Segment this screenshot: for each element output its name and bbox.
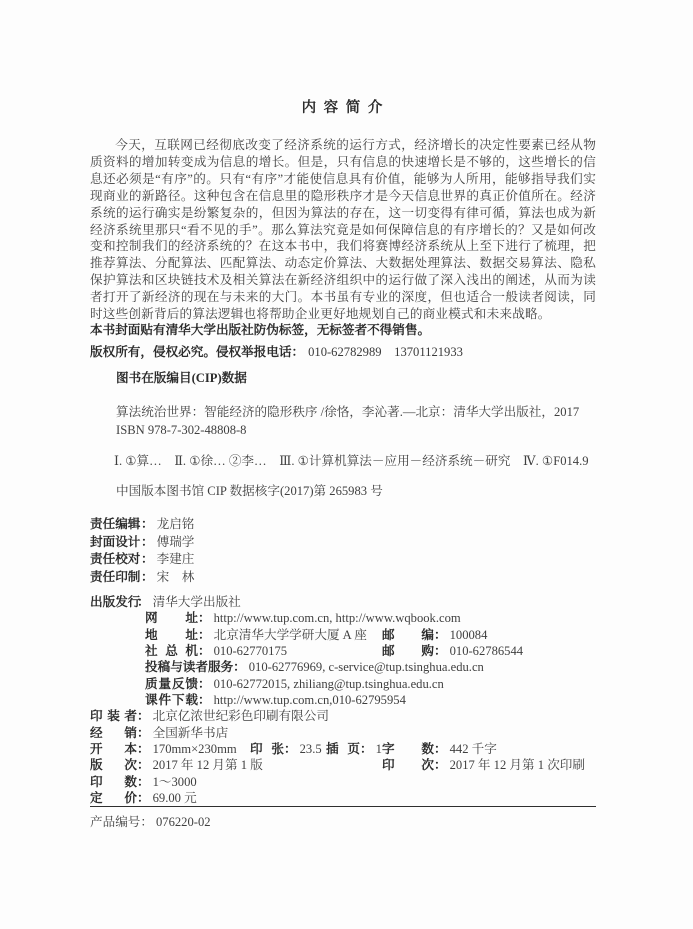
row-label: 网址: [145, 610, 198, 626]
row-right-col: 印次：2017 年 12 月第 1 次印刷: [382, 757, 585, 773]
product-code-value: 076220-02: [156, 815, 211, 829]
row-right-label: 邮编: [382, 627, 434, 643]
publishing-row-printer: 印装者：北京亿浓世纪彩色印刷有限公司: [90, 708, 596, 724]
colon: ：: [434, 628, 447, 642]
colon: ：: [137, 758, 150, 772]
row-label: 课件下载: [145, 692, 198, 708]
credit-row-cover-design: 封面设计：傅瑞学: [90, 534, 596, 552]
publishing-row-edition: 版次：2017 年 12 月第 1 版印次：2017 年 12 月第 1 次印刷: [90, 757, 596, 773]
colon: ：: [141, 570, 154, 584]
colon: ：: [141, 552, 154, 566]
row-value: 010-62776969, c-service@tup.tsinghua.edu…: [249, 660, 484, 674]
colon: ：: [198, 611, 211, 625]
row-right-value: 2017 年 12 月第 1 次印刷: [450, 758, 585, 772]
divider-rule: [90, 806, 596, 807]
colon: ：: [141, 517, 154, 531]
credits-list: 责任编辑：龙启铭 封面设计：傅瑞学 责任校对：李建庄 责任印制：宋 林: [90, 516, 596, 586]
credit-label: 责任印制: [90, 569, 141, 587]
page-title: 内 容 简 介: [90, 100, 596, 116]
cip-isbn: ISBN 978-7-302-48808-8: [116, 422, 622, 440]
publishing-row-address: 地址：北京清华大学学研大厦 A 座邮编：100084: [90, 627, 596, 643]
copyright-notice: 版权所有，侵权必究。侵权举报电话：010-62782989 1370112193…: [90, 342, 596, 364]
colon: ：: [137, 726, 150, 740]
credit-value: 龙启铭: [157, 517, 195, 531]
row-value: http://www.tup.com.cn,010-62795954: [214, 693, 406, 707]
row-value: 170mm×230mm: [153, 742, 237, 756]
row-mid-col-sheets: 印张：23.5: [250, 741, 322, 757]
publishing-row-format: 开本：170mm×230mm印张：23.5插页：1字数：442 千字: [90, 741, 596, 757]
copyright-page: 内 容 简 介 今天，互联网已经彻底改变了经济系统的运行方式，经济增长的决定性要…: [0, 0, 693, 929]
credit-value: 傅瑞学: [157, 535, 195, 549]
credit-value: 宋 林: [157, 570, 195, 584]
credit-row-editor: 责任编辑：龙启铭: [90, 516, 596, 534]
row-label: 地址: [145, 627, 198, 643]
row-value: 010-62770175: [214, 644, 287, 658]
credit-row-print-supervisor: 责任印制：宋 林: [90, 569, 596, 587]
row-value: 69.00 元: [153, 791, 197, 805]
publishing-row-reader-service: 投稿与读者服务：010-62776969, c-service@tup.tsin…: [90, 659, 596, 675]
copyright-notice-text: 版权所有，侵权必究。侵权举报电话：: [90, 345, 304, 359]
credit-row-proofreader: 责任校对：李建庄: [90, 551, 596, 569]
row-label: 印装者: [90, 708, 137, 724]
row-label: 版次: [90, 757, 137, 773]
row-label: 社总机: [145, 643, 198, 659]
colon: ：: [137, 595, 150, 609]
row-label: 印数: [90, 774, 137, 790]
credit-label: 责任编辑: [90, 516, 141, 534]
row-right-label: 印次: [382, 757, 434, 773]
intro-paragraph: 今天，互联网已经彻底改变了经济系统的运行方式，经济增长的决定性要素已经从物质资料…: [90, 137, 596, 323]
row-label: 经销: [90, 725, 137, 741]
colon: ：: [137, 791, 150, 805]
row-value: 北京亿浓世纪彩色印刷有限公司: [153, 709, 329, 723]
credit-label: 封面设计: [90, 534, 141, 552]
cip-body: 算法统治世界：智能经济的隐形秩序 /徐恪，李沁著.—北京：清华大学出版社，201…: [90, 404, 622, 439]
row-right-label: 字数: [382, 741, 434, 757]
row-value: http://www.tup.com.cn, http://www.wqbook…: [214, 611, 461, 625]
row-value: 北京清华大学学研大厦 A 座: [214, 628, 367, 642]
row-mid-value: 23.5: [300, 742, 322, 756]
report-phone-numbers: 010-62782989 13701121933: [308, 345, 463, 359]
row-value: 2017 年 12 月第 1 版: [153, 758, 263, 772]
row-right-value: 100084: [450, 628, 488, 642]
colon: ：: [434, 742, 447, 756]
row-label: 投稿与读者服务: [145, 659, 233, 675]
colon: ：: [198, 693, 211, 707]
publishing-row-print-run: 印数：1～3000: [90, 774, 596, 790]
colon: ：: [198, 628, 211, 642]
colon: ：: [284, 742, 297, 756]
credit-label: 责任校对: [90, 551, 141, 569]
colon: ：: [198, 677, 211, 691]
row-value: 全国新华书店: [153, 726, 229, 740]
row-right-value: 010-62786544: [450, 644, 523, 658]
credit-value: 李建庄: [157, 552, 195, 566]
row-right-label: 邮购: [382, 643, 434, 659]
publishing-row-courseware-download: 课件下载：http://www.tup.com.cn,010-62795954: [90, 692, 596, 708]
row-right-col: 字数：442 千字: [382, 741, 497, 757]
row-label: 定价: [90, 790, 137, 806]
publishing-row-website: 网址：http://www.tup.com.cn, http://www.wqb…: [90, 610, 596, 626]
publishing-row-price: 定价：69.00 元: [90, 790, 596, 806]
row-right-col: 邮编：100084: [382, 627, 487, 643]
colon: ：: [233, 660, 246, 674]
colon: ：: [141, 535, 154, 549]
publishing-row-distributor: 经销：全国新华书店: [90, 725, 596, 741]
cip-title-line: 算法统治世界：智能经济的隐形秩序 /徐恪，李沁著.—北京：清华大学出版社，201…: [116, 404, 622, 422]
colon: ：: [434, 758, 447, 772]
cip-record: 中国版本图书馆 CIP 数据核字(2017)第 265983 号: [90, 483, 622, 499]
cip-heading: 图书在版编目(CIP)数据: [90, 370, 622, 386]
publishing-row-quality-feedback: 质量反馈：010-62772015, zhiliang@tup.tsinghua…: [90, 676, 596, 692]
publishing-row-publisher: 出版发行：清华大学出版社: [90, 594, 596, 610]
row-value: 清华大学出版社: [153, 595, 241, 609]
cip-classification: Ⅰ. ①算… Ⅱ. ①徐… ②李… Ⅲ. ①计算机算法－应用－经济系统－研究 Ⅳ…: [90, 453, 620, 469]
colon: ：: [140, 815, 153, 829]
colon: ：: [434, 644, 447, 658]
anti-piracy-notice: 本书封面贴有清华大学出版社防伪标签，无标签者不得销售。: [90, 320, 596, 342]
row-right-col: 邮购：010-62786544: [382, 643, 523, 659]
row-mid-col-inserts: 插页：1: [326, 741, 382, 757]
publishing-row-switchboard: 社总机：010-62770175邮购：010-62786544: [90, 643, 596, 659]
colon: ：: [137, 709, 150, 723]
row-value: 1～3000: [153, 775, 197, 789]
row-label: 质量反馈: [145, 676, 198, 692]
row-value: 010-62772015, zhiliang@tup.tsinghua.edu.…: [214, 677, 444, 691]
publishing-info: 出版发行：清华大学出版社 网址：http://www.tup.com.cn, h…: [90, 594, 596, 806]
colon: ：: [360, 742, 373, 756]
row-label: 开本: [90, 741, 137, 757]
colon: ：: [137, 775, 150, 789]
product-code-label: 产品编号: [90, 815, 140, 829]
product-code: 产品编号：076220-02: [90, 814, 596, 830]
row-mid-value: 1: [376, 742, 382, 756]
colon: ：: [137, 742, 150, 756]
row-right-value: 442 千字: [450, 742, 497, 756]
row-mid-label: 印张: [250, 741, 284, 757]
row-label: 出版发行: [90, 594, 137, 610]
copyright-notices: 本书封面贴有清华大学出版社防伪标签，无标签者不得销售。 版权所有，侵权必究。侵权…: [90, 320, 596, 363]
row-mid-label: 插页: [326, 741, 360, 757]
colon: ：: [198, 644, 211, 658]
